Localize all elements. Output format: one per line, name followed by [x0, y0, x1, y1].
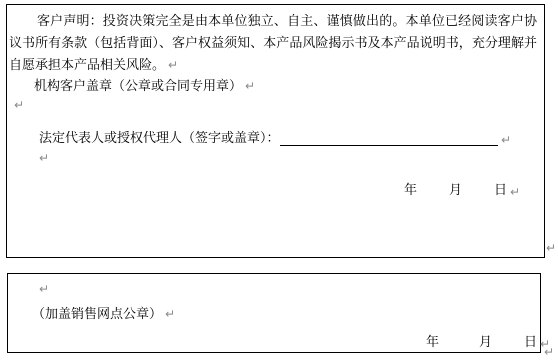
date-month-label: 月: [479, 331, 492, 350]
document-page: 客户声明：投资决策完全是由本单位独立、自主、谨慎做出的。本单位已经阅读客户协议书…: [0, 0, 558, 363]
date-year-label: 年: [426, 331, 439, 350]
date-day-label: 日: [494, 179, 507, 198]
date-line: 年 月 日 ↵: [426, 331, 550, 350]
declaration-paragraph: 客户声明：投资决策完全是由本单位独立、自主、谨慎做出的。本单位已经阅读客户协议书…: [9, 10, 537, 76]
paragraph-mark-icon: ↵: [14, 99, 24, 111]
org-stamp-line: 机构客户盖章（公章或合同专用章）↵: [34, 75, 255, 94]
signatory-line: 法定代表人或授权代理人（签字或盖章）： ↵: [39, 129, 511, 146]
signature-underline-field[interactable]: [280, 130, 498, 146]
declaration-text: 客户声明：投资决策完全是由本单位独立、自主、谨慎做出的。本单位已经阅读客户协议书…: [9, 13, 537, 72]
date-year-label: 年: [404, 179, 417, 198]
paragraph-mark-icon: ↵: [546, 242, 556, 254]
date-month-label: 月: [449, 179, 462, 198]
paragraph-mark-icon: ↵: [245, 79, 255, 93]
paragraph-mark-icon: ↵: [510, 186, 520, 198]
date-day-label: 日: [524, 331, 537, 350]
paragraph-mark-icon: ↵: [39, 152, 49, 164]
paragraph-mark-icon: ↵: [501, 134, 511, 146]
outlet-stamp-label: （加盖销售网点公章）: [32, 306, 162, 321]
customer-declaration-box: 客户声明：投资决策完全是由本单位独立、自主、谨慎做出的。本单位已经阅读客户协议书…: [6, 4, 545, 258]
outlet-stamp-line: （加盖销售网点公章）↵: [32, 303, 175, 322]
paragraph-mark-icon: ↵: [39, 283, 49, 295]
sales-outlet-stamp-box: ↵ （加盖销售网点公章）↵ 年 月 日 ↵: [7, 273, 541, 353]
date-line: 年 月 日 ↵: [404, 179, 520, 198]
paragraph-mark-icon: ↵: [165, 307, 175, 321]
org-stamp-label: 机构客户盖章（公章或合同专用章）: [34, 78, 242, 93]
signatory-label: 法定代表人或授权代理人（签字或盖章）：: [39, 127, 280, 146]
paragraph-mark-icon: ↵: [168, 58, 178, 72]
paragraph-mark-icon: ↵: [544, 346, 554, 358]
